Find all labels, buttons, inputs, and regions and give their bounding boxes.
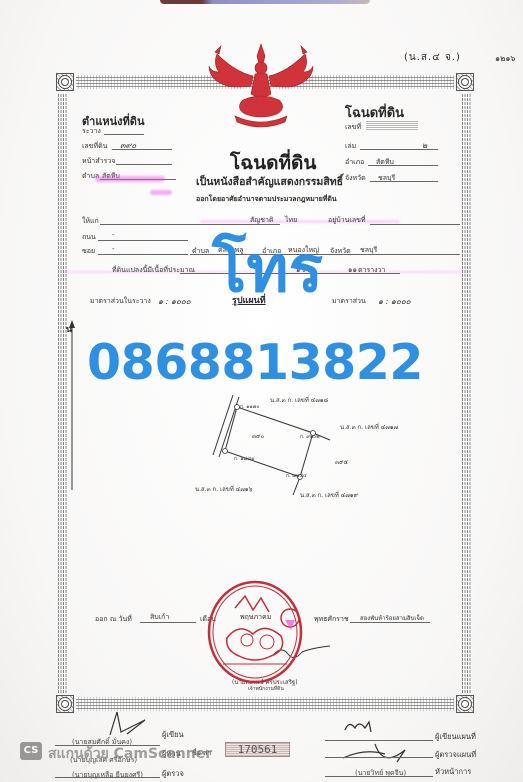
marker-ne: ก. ๙๒๐๒ — [300, 433, 320, 441]
wa-value: ๑๑ — [348, 265, 357, 276]
district-label: อำเภอ — [345, 157, 364, 168]
watermark-word: โทร — [212, 238, 323, 302]
right-role-3: หัวหน้าการ — [435, 766, 471, 778]
area-label: ที่ดินแปลงนี้มีเนื้อที่ประมาณ — [112, 265, 195, 276]
border-band-bottom — [76, 697, 454, 711]
document-subtitle: เป็นหนังสือสำคัญแสดงกรรมสิทธิ์ — [196, 173, 343, 190]
marker-nw: ก. ๑๑๗๐ — [240, 403, 259, 411]
issued-label: ออก ณ วันที่ — [95, 614, 132, 625]
signer-3-role: ผู้ตรวจ — [162, 768, 184, 780]
plot-scale-value: ๑ : ๑๐๐๐ — [378, 295, 411, 308]
neighbor-east: น.ส.๓ ก. เลขที่ ๔๗๑๗ — [340, 422, 398, 432]
owner-subdistrict-label: ตำบล — [192, 246, 209, 257]
neighbor-south: น.ส.๓ ก. เลขที่ ๔๗๑๙ — [300, 490, 358, 500]
neighbor-parcel: ๓๙๕ — [335, 457, 348, 467]
watermark-phone: 0868813822 — [87, 338, 423, 387]
map-scale-label: มาตราส่วนในระวาง — [90, 296, 151, 307]
wa-unit: ตารางวา — [358, 265, 385, 276]
north-label: น — [66, 322, 72, 336]
survey-page-label: หน้าสำรวจ — [82, 156, 115, 167]
scanned-page: (น.ส.๔ จ.) ๑๒๑๖ ตำแหน่งที่ดิน ระวาง เลขท… — [0, 0, 523, 782]
garuda-emblem-icon — [205, 42, 317, 132]
volume-value: ๒ — [422, 139, 427, 152]
corner-ornament-icon — [456, 73, 474, 91]
neighbor-southwest: น.ส.๓ ก. เลขที่ ๔๗๑๖ — [195, 484, 252, 494]
border-band-left — [58, 93, 68, 693]
year-label: พุทธศักราช — [314, 614, 349, 625]
neighbor-north: น.ส.๓ ก. เลขที่ ๔๗๑๘ — [270, 395, 328, 405]
volume-label: เล่ม — [345, 141, 356, 152]
parcel-number: ๓๙๐ — [252, 431, 264, 441]
right-signer-name: (นายวิทย์ พุดจีน) — [355, 768, 406, 779]
road-label: ถนน — [82, 232, 96, 243]
form-code: (น.ส.๔ จ.) — [404, 50, 461, 65]
road-value: - — [112, 231, 115, 239]
official-seal-icon — [205, 578, 305, 686]
border-band-right — [462, 93, 472, 693]
province-value: ชลบุรี — [378, 173, 395, 184]
redacted-deed-number — [366, 120, 418, 130]
plot-scale-label: มาตราส่วน — [332, 296, 366, 307]
house-number-label: อยู่บ้านเลขที่ — [328, 215, 366, 226]
scan-edge-strip — [160, 0, 370, 4]
serial-number: 170561 — [225, 742, 290, 757]
right-role-2: ผู้ตรวจแผนที่ — [435, 749, 476, 761]
corner-number: ๑๒๑๖ — [495, 52, 516, 65]
corner-ornament-icon — [56, 695, 74, 713]
soi-label: ซอย — [82, 246, 95, 257]
marker-sw: ก. ๑๘๘๑ — [234, 455, 254, 463]
district-value: สัตหีบ — [376, 157, 394, 168]
map-sheet-label: ระวาง — [82, 126, 101, 137]
right-role-1: ผู้เขียนแผนที่ — [435, 731, 476, 743]
province-label: จังหวัด — [345, 173, 366, 184]
camscanner-logo-icon: CS — [20, 742, 42, 760]
map-scale-value: ๑ : ๑๐๐๐ — [158, 295, 191, 308]
parcel-number-value: ๓๙๐ — [120, 139, 136, 152]
signer-1-role: ผู้เขียน — [162, 729, 184, 741]
signer-3-name: (นายบุญเหลือ ยืนยงศรี) — [72, 770, 143, 781]
nationality-value: ไทย — [285, 215, 297, 226]
corner-ornament-icon — [456, 695, 474, 713]
deed-number-label: เลขที่ — [345, 122, 361, 133]
owner-province-label: จังหวัด — [330, 246, 351, 257]
parcel-number-label: เลขที่ดิน — [82, 141, 107, 152]
camscanner-watermark: สแกนด้วย CamScanner — [48, 743, 212, 765]
nationality-label: สัญชาติ — [250, 215, 273, 226]
signature-scribble — [105, 710, 165, 740]
corner-ornament-icon — [56, 73, 74, 91]
marker-se: ก. ๗๒๔๔ — [286, 472, 307, 480]
officer-title: เจ้าพนักงานที่ดิน — [248, 685, 284, 693]
owner-to-label: ให้แก่ — [82, 216, 99, 227]
issuer-line: ออกโดยอาศัยอำนาจตามประมวลกฎหมายที่ดิน — [196, 194, 337, 205]
soi-value: - — [112, 245, 115, 253]
north-arrow-icon — [69, 320, 75, 490]
